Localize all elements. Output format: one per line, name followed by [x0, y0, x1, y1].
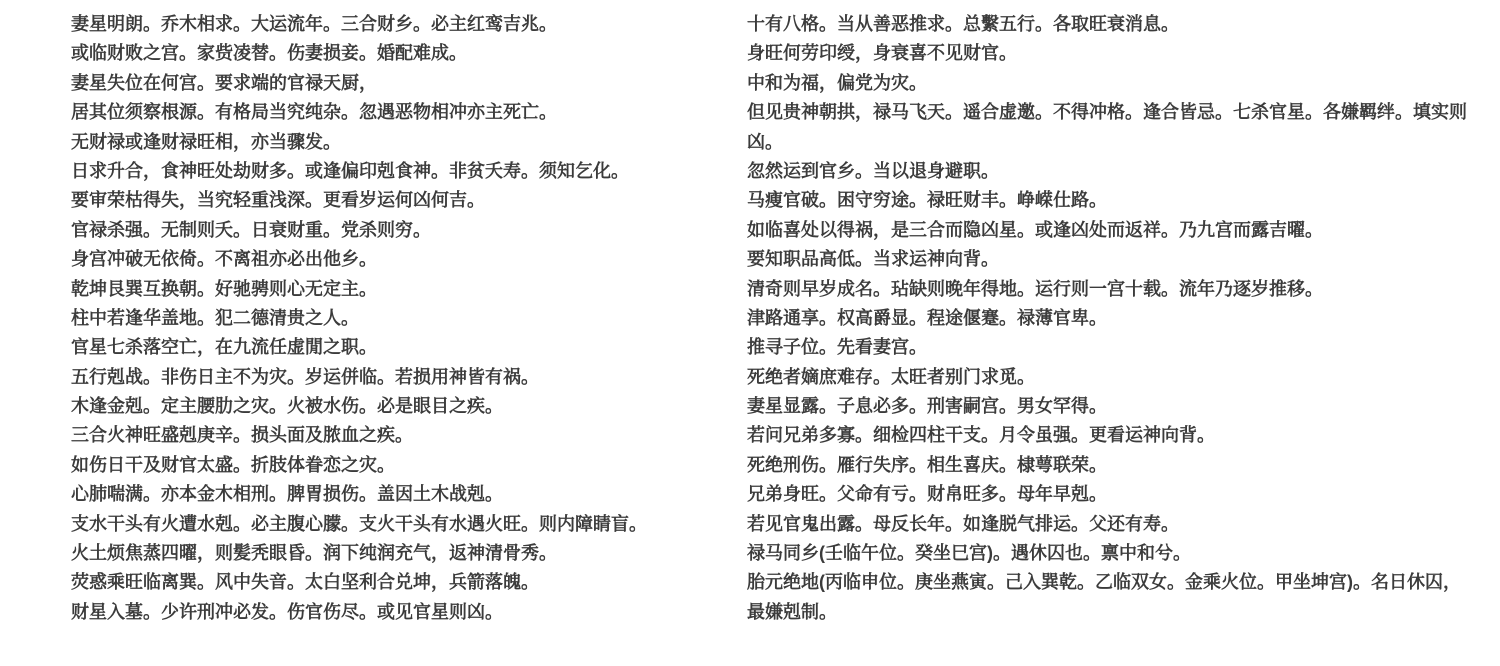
- text-line: 津路通享。权高爵显。程途偃蹇。禄薄官卑。: [747, 304, 1492, 333]
- text-line: 三合火神旺盛剋庚辛。损头面及脓血之疾。: [71, 421, 696, 450]
- text-line: 死绝者嫡庶难存。太旺者别门求觅。: [747, 363, 1492, 392]
- text-line: 柱中若逢华盖地。犯二德清贵之人。: [71, 304, 696, 333]
- text-line: 十有八格。当从善恶推求。总繫五行。各取旺衰消息。: [747, 10, 1492, 39]
- text-line: 官星七杀落空亡，在九流任虚閒之职。: [71, 333, 696, 362]
- text-line: 胎元绝地(丙临申位。庚坐燕寅。己入巽乾。乙临双女。金乘火位。甲坐坤宫)。名日休囚…: [747, 568, 1492, 597]
- text-line: 但见贵神朝拱，禄马飞天。遥合虚邀。不得冲格。逢合皆忌。七杀官星。各嫌羁绊。填实则: [747, 98, 1492, 127]
- text-line: 若见官鬼出露。母反长年。如逢脱气排运。父还有寿。: [747, 510, 1492, 539]
- text-line: 妻星显露。子息必多。刑害嗣宫。男女罕得。: [747, 392, 1492, 421]
- text-line: 兄弟身旺。父命有亏。财帛旺多。母年早剋。: [747, 480, 1492, 509]
- text-line: 要知职品高低。当求运神向背。: [747, 245, 1492, 274]
- text-line: 无财禄或逢财禄旺相，亦当骤发。: [71, 128, 696, 157]
- text-line: 乾坤艮巽互换朝。好驰骋则心无定主。: [71, 275, 696, 304]
- text-line: 推寻子位。先看妻宫。: [747, 333, 1492, 362]
- text-line: 如临喜处以得祸，是三合而隐凶星。或逢凶处而返祥。乃九宫而露吉曜。: [747, 216, 1492, 245]
- text-line: 最嫌剋制。: [747, 598, 1492, 627]
- text-line: 支水干头有火遭水剋。必主腹心朦。支火干头有水遇火旺。则内障睛盲。: [71, 510, 696, 539]
- text-line: 身宫冲破无依倚。不离祖亦必出他乡。: [71, 245, 696, 274]
- text-line: 死绝刑伤。雁行失序。相生喜庆。棣萼联荣。: [747, 451, 1492, 480]
- text-line: 火土烦焦蒸四曜，则髪秃眼昏。润下纯润充气，返神清骨秀。: [71, 539, 696, 568]
- text-line: 禄马同乡(壬临午位。癸坐巳宫)。遇休囚也。禀中和兮。: [747, 539, 1492, 568]
- text-line: 凶。: [747, 128, 1492, 157]
- text-line: 居其位须察根源。有格局当究纯杂。忽遇恶物相冲亦主死亡。: [71, 98, 696, 127]
- text-line: 官禄杀强。无制则夭。日衰财重。党杀则穷。: [71, 216, 696, 245]
- text-line: 五行剋战。非伤日主不为灾。岁运併临。若损用神皆有祸。: [71, 363, 696, 392]
- text-line: 荧惑乘旺临离巽。风中失音。太白坚利合兑坤，兵箭落魄。: [71, 568, 696, 597]
- text-line: 中和为福，偏党为灾。: [747, 69, 1492, 98]
- text-line: 忽然运到官乡。当以退身避职。: [747, 157, 1492, 186]
- left-text-column: 妻星明朗。乔木相求。大运流年。三合财乡。必主红鸾吉兆。或临财败之宫。家赀凌替。伤…: [71, 10, 696, 627]
- right-text-column: 十有八格。当从善恶推求。总繫五行。各取旺衰消息。身旺何劳印绶，身衰喜不见财官。中…: [747, 10, 1492, 627]
- text-line: 如伤日干及财官太盛。折肢体眷恋之灾。: [71, 451, 696, 480]
- text-line: 日求升合，食神旺处劫财多。或逢偏印剋食神。非贫夭寿。须知乞化。: [71, 157, 696, 186]
- text-line: 马瘦官破。困守穷途。禄旺财丰。峥嵘仕路。: [747, 186, 1492, 215]
- text-line: 妻星明朗。乔木相求。大运流年。三合财乡。必主红鸾吉兆。: [71, 10, 696, 39]
- text-line: 心肺喘满。亦本金木相刑。脾胃损伤。盖因土木战剋。: [71, 480, 696, 509]
- document-page: 妻星明朗。乔木相求。大运流年。三合财乡。必主红鸾吉兆。或临财败之宫。家赀凌替。伤…: [0, 0, 1500, 666]
- text-line: 妻星失位在何宫。要求端的官禄天厨，: [71, 69, 696, 98]
- text-line: 若问兄弟多寡。细检四柱干支。月令虽强。更看运神向背。: [747, 421, 1492, 450]
- text-line: 清奇则早岁成名。玷缺则晚年得地。运行则一宫十载。流年乃逐岁推移。: [747, 275, 1492, 304]
- text-line: 财星入墓。少许刑冲必发。伤官伤尽。或见官星则凶。: [71, 598, 696, 627]
- text-line: 身旺何劳印绶，身衰喜不见财官。: [747, 39, 1492, 68]
- text-line: 木逢金剋。定主腰肋之灾。火被水伤。必是眼目之疾。: [71, 392, 696, 421]
- text-line: 要审荣枯得失，当究轻重浅深。更看岁运何凶何吉。: [71, 186, 696, 215]
- text-line: 或临财败之宫。家赀凌替。伤妻损妾。婚配难成。: [71, 39, 696, 68]
